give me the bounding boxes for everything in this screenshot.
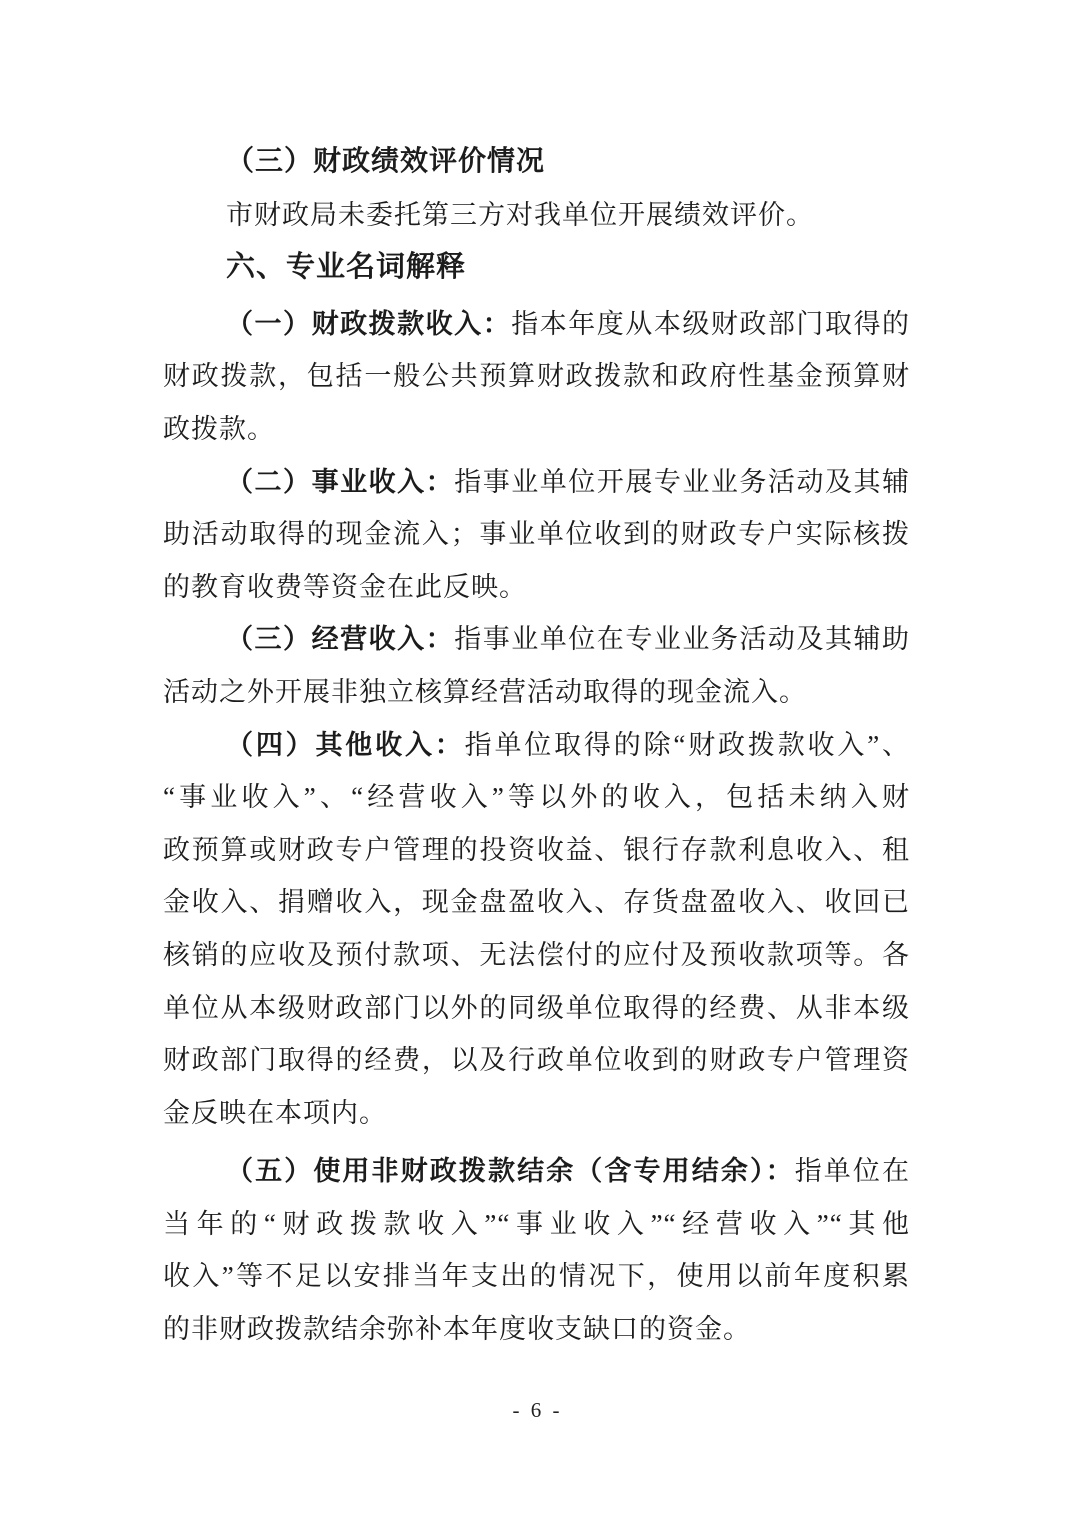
line-text: 指单位在 (795, 1156, 910, 1186)
document-page: （三）财政绩效评价情况市财政局未委托第三方对我单位开展绩效评价。六、专业名词解释… (0, 0, 1075, 1520)
text-line: （五）使用非财政拨款结余（含专用结余）：指单位在 (163, 1145, 910, 1198)
text-line: （一）财政拨款收入：指本年度从本级财政部门取得的 (163, 298, 910, 351)
term-label: （五）使用非财政拨款结余（含专用结余）： (226, 1156, 795, 1186)
term-label: （三）经营收入： (226, 624, 454, 654)
term-label: （四）其他收入： (226, 730, 465, 760)
text-line: 市财政局未委托第三方对我单位开展绩效评价。 (163, 189, 910, 242)
text-line: 财政拨款，包括一般公共预算财政拨款和政府性基金预算财 (163, 350, 910, 403)
text-line: 金收入、捐赠收入，现金盘盈收入、存货盘盈收入、收回已 (163, 876, 910, 929)
document-body: （三）财政绩效评价情况市财政局未委托第三方对我单位开展绩效评价。六、专业名词解释… (163, 136, 910, 1356)
text-line: 财政部门取得的经费，以及行政单位收到的财政专户管理资 (163, 1034, 910, 1087)
text-line: 政预算或财政专户管理的投资收益、银行存款利息收入、租 (163, 824, 910, 877)
line-text: 指事业单位开展专业业务活动及其辅 (454, 467, 910, 497)
line-text: 指事业单位在专业业务活动及其辅助 (454, 624, 910, 654)
text-line: 核销的应收及预付款项、无法偿付的应付及预收款项等。各 (163, 929, 910, 982)
text-line: “事业收入”、“经营收入”等以外的收入，包括未纳入财 (163, 771, 910, 824)
text-line: 六、专业名词解释 (163, 241, 910, 294)
text-line: 助活动取得的现金流入；事业单位收到的财政专户实际核拨 (163, 508, 910, 561)
term-label: （二）事业收入： (226, 467, 454, 497)
text-line: 当年的“财政拨款收入”“事业收入”“经营收入”“其他 (163, 1198, 910, 1251)
page-number: - 6 - (0, 1398, 1075, 1423)
term-label: （一）财政拨款收入： (226, 309, 511, 339)
text-line: （三）经营收入：指事业单位在专业业务活动及其辅助 (163, 613, 910, 666)
line-text: 指本年度从本级财政部门取得的 (511, 309, 910, 339)
text-line: 的教育收费等资金在此反映。 (163, 561, 910, 614)
text-line: （四）其他收入：指单位取得的除“财政拨款收入”、 (163, 719, 910, 772)
line-text: 指单位取得的除“财政拨款收入”、 (465, 730, 910, 760)
text-line: 的非财政拨款结余弥补本年度收支缺口的资金。 (163, 1303, 910, 1356)
text-line: 收入”等不足以安排当年支出的情况下，使用以前年度积累 (163, 1250, 910, 1303)
text-line: （三）财政绩效评价情况 (163, 136, 910, 189)
text-line: （二）事业收入：指事业单位开展专业业务活动及其辅 (163, 456, 910, 509)
text-line: 活动之外开展非独立核算经营活动取得的现金流入。 (163, 666, 910, 719)
text-line: 单位从本级财政部门以外的同级单位取得的经费、从非本级 (163, 982, 910, 1035)
text-line: 政拨款。 (163, 403, 910, 456)
text-line: 金反映在本项内。 (163, 1087, 910, 1140)
